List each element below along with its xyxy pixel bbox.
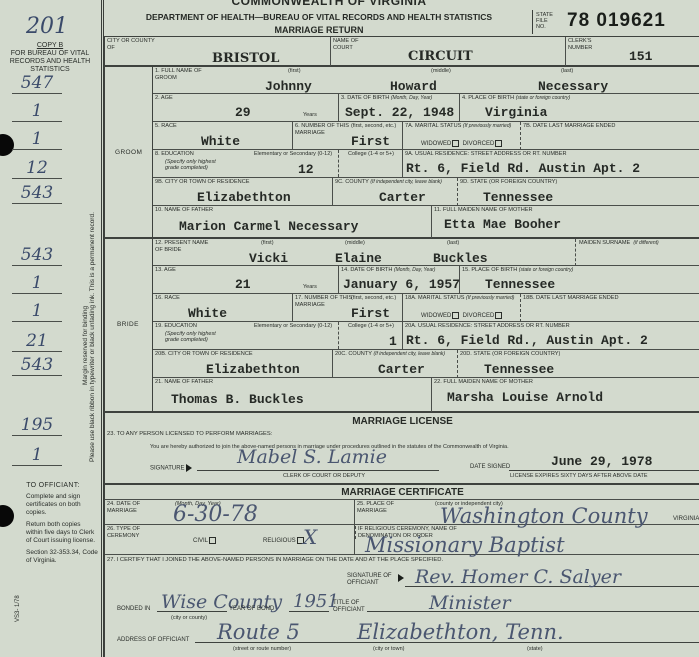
bride-residence-value[interactable]: Rt. 6, Field Rd., Austin Apt. 2: [406, 333, 648, 348]
groom-marital-status-cell: 7a. MARITAL STATUS (If previously marrie…: [403, 122, 521, 150]
bride-residence-cell: 20a. USUAL RESIDENCE: STREET ADDRESS OR …: [403, 322, 699, 350]
bride-code-4: 21: [12, 330, 62, 352]
groom-name-cell: 1. FULL NAME OF GROOM (first) (middle) (…: [153, 67, 699, 94]
officiant-title-value[interactable]: Minister: [429, 592, 511, 614]
groom-mother-value[interactable]: Etta Mae Booher: [444, 217, 561, 232]
bride-code-2: 1: [12, 272, 62, 294]
first-hint: (first): [288, 68, 301, 74]
commonwealth-title: COMMONWEALTH OF VIRGINIA: [104, 0, 554, 8]
maiden-hint: (if different): [633, 240, 658, 246]
officiant-address-street[interactable]: Route 5: [217, 620, 300, 644]
dob-hint: (Month, Day, Year): [391, 95, 433, 101]
bride-race-label: 16. RACE: [155, 295, 180, 302]
bride-code-3: 1: [12, 300, 62, 322]
officiant-signature: Rev. Homer C. Salyer: [415, 566, 621, 588]
place-state: VIRGINIA: [673, 516, 699, 522]
license-item-label: 23. TO ANY PERSON LICENSED TO PERFORM MA…: [107, 431, 272, 437]
elementary-label: Elementary or Secondary (0-12): [253, 151, 333, 157]
groom-dob-value[interactable]: Sept. 22, 1948: [345, 105, 454, 120]
groom-father-value[interactable]: Marion Carmel Necessary: [179, 219, 358, 234]
bride-mother-cell: 22. FULL MAIDEN NAME OF MOTHER Marsha Lo…: [432, 378, 699, 412]
groom-widowed-checkbox[interactable]: [452, 140, 459, 147]
groom-middle-name[interactable]: Howard: [390, 79, 437, 94]
license-section: MARRIAGE LICENSE 23. TO ANY PERSON LICEN…: [104, 412, 699, 484]
officiant-address-label: ADDRESS OF OFFICIANT: [117, 637, 189, 643]
groom-race-label: 5. RACE: [155, 123, 177, 130]
groom-county-label: 9c. COUNTY: [335, 179, 369, 185]
bride-code-1: 543: [12, 244, 62, 266]
last-hint: (last): [561, 68, 573, 74]
pob-hint: (state or foreign country): [516, 95, 570, 101]
officiant-signature-label: SIGNATURE OF OFFICIANT: [347, 573, 395, 586]
groom-education-label: 8. EDUCATION: [155, 151, 194, 158]
certificate-section: MARRIAGE CERTIFICATE 24. DATE OF MARRIAG…: [104, 484, 699, 657]
bride-dob-value[interactable]: January 6, 1957: [343, 277, 460, 292]
marriage-num-hint: (first, second, etc.): [351, 295, 396, 301]
bride-label: BRIDE: [117, 321, 139, 328]
divorced-label: DIVORCED: [463, 313, 495, 319]
groom-race-value[interactable]: White: [201, 134, 240, 149]
license-title: MARRIAGE LICENSE: [105, 416, 699, 427]
denomination-value[interactable]: Missionary Baptist: [365, 533, 565, 557]
clerk-signature: Mabel S. Lamie: [237, 446, 387, 468]
groom-marriage-num-value[interactable]: First: [351, 134, 390, 149]
bride-widowed-checkbox[interactable]: [452, 312, 459, 319]
signer-caption: CLERK OF COURT OR DEPUTY: [283, 473, 365, 479]
education-hint: (Specify only highest grade completed): [165, 331, 225, 343]
groom-city-cell: 9b. CITY OR TOWN OF RESIDENCE Elizabetht…: [153, 178, 333, 206]
date-signed-value[interactable]: June 29, 1978: [551, 454, 652, 469]
groom-pob-label: 4. PLACE OF BIRTH: [462, 95, 514, 101]
groom-age-label: 2. AGE: [155, 95, 173, 102]
groom-state-value[interactable]: Tennessee: [483, 190, 553, 205]
clerk-number-label: CLERK'S NUMBER: [568, 38, 608, 51]
margin-divider: [101, 0, 102, 657]
groom-last-name[interactable]: Necessary: [538, 79, 608, 94]
groom-code-1: 547: [12, 72, 62, 94]
groom-code-4: 12: [12, 157, 62, 179]
court-name-label: NAME OF COURT: [333, 38, 373, 51]
groom-first-name[interactable]: Johnny: [265, 79, 312, 94]
bride-race-cell: 16. RACE White: [153, 294, 293, 322]
bride-name-cell: 12. PRESENT NAME OF BRIDE (first) (middl…: [153, 239, 699, 266]
dob-hint: (Month, Day, Year): [394, 267, 436, 273]
groom-dob-cell: 3. DATE OF BIRTH (Month, Day, Year) Sept…: [339, 94, 460, 122]
bride-age-value[interactable]: 21: [235, 277, 251, 292]
city-county-label: CITY OR COUNTY OF: [107, 38, 157, 51]
groom-pob-value[interactable]: Virginia: [485, 105, 547, 120]
officiant-note-2: Return both copies within five days to C…: [8, 521, 98, 545]
bride-marriage-number-cell: 17. NUMBER OF THIS MARRIAGE (first, seco…: [293, 294, 403, 322]
groom-city-label: 9b. CITY OR TOWN OF RESIDENCE: [155, 179, 250, 186]
first-hint: (first): [261, 240, 274, 246]
years-label: Years: [303, 284, 317, 290]
college-label: College (1-4 or 5+): [343, 323, 399, 329]
bonded-in-label: BONDED IN: [117, 606, 150, 612]
groom-residence-cell: 9a. USUAL RESIDENCE: STREET ADDRESS OR R…: [403, 150, 699, 178]
bride-county-cell: 20c. COUNTY (If independent city, leave …: [333, 350, 458, 378]
years-label: Years: [303, 112, 317, 118]
form-code: VS3- 1/78: [14, 595, 22, 622]
marriage-num-hint: (first, second, etc.): [351, 123, 396, 129]
bride-dob-label: 14. DATE OF BIRTH: [341, 267, 392, 273]
groom-divorced-checkbox[interactable]: [495, 140, 502, 147]
groom-marriage-number-cell: 6. NUMBER OF THIS MARRIAGE (first, secon…: [293, 122, 403, 150]
state-file-box: STATE FILE NO. 78 019621: [532, 10, 699, 34]
form-title: MARRIAGE RETURN: [104, 25, 534, 35]
court-name-cell: NAME OF COURT CIRCUIT: [331, 37, 566, 66]
bride-race-value[interactable]: White: [188, 306, 227, 321]
groom-name-label: 1. FULL NAME OF GROOM: [155, 68, 215, 81]
certify-statement: 27. I CERTIFY THAT I JOINED THE ABOVE-NA…: [107, 557, 443, 563]
bride-city-value[interactable]: Elizabethton: [206, 362, 300, 377]
form-body: COMMONWEALTH OF VIRGINIA DEPARTMENT OF H…: [104, 0, 699, 657]
license-code-1: 195: [12, 414, 62, 436]
county-hint: (If independent city, leave blank): [370, 179, 442, 185]
groom-race-cell: 5. RACE White: [153, 122, 293, 150]
groom-section: GROOM 1. FULL NAME OF GROOM (first) (mid…: [104, 66, 699, 238]
county-hint: (If independent city, leave blank): [373, 351, 445, 357]
state-hint: (state): [527, 646, 543, 652]
bride-father-value[interactable]: Thomas B. Buckles: [171, 392, 304, 407]
groom-code-3: 1: [12, 128, 62, 150]
city-county-value[interactable]: BRISTOL: [212, 51, 279, 66]
denomination-cell: IF RELIGIOUS CEREMONY, NAME OF DENOMINAT…: [355, 525, 699, 555]
groom-mother-label: 11. FULL MAIDEN NAME OF MOTHER: [434, 207, 533, 214]
groom-residence-value[interactable]: Rt. 6, Field Rd. Austin Apt. 2: [406, 161, 640, 176]
arrow-icon: [398, 574, 404, 582]
elementary-label: Elementary or Secondary (0-12): [253, 323, 333, 329]
officiant-note-1: Complete and sign certificates on both c…: [8, 493, 98, 517]
copy-label: COPY B FOR BUREAU OF VITAL RECORDS AND H…: [0, 42, 100, 74]
bride-last-name[interactable]: Buckles: [433, 251, 488, 266]
bride-last-marriage-label: 18b. DATE LAST MARRIAGE ENDED: [523, 295, 619, 302]
bride-city-label: 20b. CITY OR TOWN OF RESIDENCE: [155, 351, 253, 358]
widowed-label: WIDOWED: [421, 313, 451, 319]
groom-elementary-value[interactable]: 12: [298, 162, 314, 177]
bride-marriage-num-value[interactable]: First: [351, 306, 390, 321]
bride-last-marriage-cell: 18b. DATE LAST MARRIAGE ENDED: [521, 294, 699, 322]
state-file-number: 78 019621: [567, 10, 666, 32]
bride-state-value[interactable]: Tennessee: [484, 362, 554, 377]
groom-education-cell: 8. EDUCATION (Specify only highest grade…: [153, 150, 403, 178]
dash-divider: [338, 150, 339, 177]
certificate-title: MARRIAGE CERTIFICATE: [105, 487, 699, 498]
religious-label: RELIGIOUS: [263, 538, 296, 544]
officiant-heading: TO OFFICIANT:: [8, 482, 98, 490]
bride-section: BRIDE 12. PRESENT NAME OF BRIDE (first) …: [104, 238, 699, 412]
bride-age-cell: 13. AGE 21 Years: [153, 266, 339, 294]
ink-note: Please use black ribbon in typewriter or…: [89, 212, 97, 462]
groom-father-label: 10. NAME OF FATHER: [155, 207, 213, 214]
widowed-label: WIDOWED: [421, 141, 451, 147]
middle-hint: (middle): [345, 240, 365, 246]
pob-hint: (state or foreign country): [519, 267, 573, 273]
groom-pob-cell: 4. PLACE OF BIRTH (state or foreign coun…: [460, 94, 699, 122]
marriage-date-value[interactable]: 6-30-78: [173, 502, 258, 527]
religious-check-mark: X: [303, 525, 317, 549]
civil-checkbox[interactable]: [209, 537, 216, 544]
city-hint: (city or town): [373, 646, 404, 652]
groom-last-marriage-label: 7b. DATE LAST MARRIAGE ENDED: [523, 123, 615, 130]
state-file-label: STATE FILE NO.: [536, 12, 558, 30]
bride-marriage-num-label: 17. NUMBER OF THIS MARRIAGE: [295, 295, 355, 308]
ceremony-type-cell: 26. TYPE OF CEREMONY CIVIL RELIGIOUS X: [105, 525, 355, 555]
education-hint: (Specify only highest grade completed): [165, 159, 225, 171]
copy-number: 201: [26, 14, 68, 39]
copy-for-label: FOR BUREAU OF VITAL RECORDS AND HEALTH S…: [0, 50, 100, 74]
bride-first-name[interactable]: Vicki: [249, 251, 288, 266]
bond-year-label: YEAR OF BOND: [229, 606, 274, 612]
bride-father-label: 21. NAME OF FATHER: [155, 379, 213, 386]
bride-code-5: 543: [12, 354, 62, 376]
bride-city-cell: 20b. CITY OR TOWN OF RESIDENCE Elizabeth…: [153, 350, 333, 378]
bride-marital-label: 18a. MARITAL STATUS: [405, 295, 464, 301]
date-signed-label: DATE SIGNED: [470, 464, 510, 470]
license-code-2: 1: [12, 444, 62, 466]
groom-county-cell: 9c. COUNTY (If independent city, leave b…: [333, 178, 458, 206]
officiant-note-3: Section 32-353.34, Code of Virginia.: [8, 549, 98, 565]
bride-divorced-checkbox[interactable]: [495, 312, 502, 319]
bride-father-cell: 21. NAME OF FATHER Thomas B. Buckles: [153, 378, 432, 412]
groom-state-label: 9d. STATE (OR FOREIGN COUNTRY): [460, 179, 557, 186]
marriage-date-label: 24. DATE OF MARRIAGE: [107, 501, 147, 514]
arrow-icon: [186, 464, 192, 472]
dash-divider: [338, 322, 339, 349]
marital-hint: (If previously married): [463, 123, 511, 129]
department-title: DEPARTMENT OF HEALTH—BUREAU OF VITAL REC…: [104, 12, 534, 22]
groom-marriage-num-label: 6. NUMBER OF THIS MARRIAGE: [295, 123, 355, 136]
dash-divider: [575, 239, 576, 266]
bride-education-cell: 19. EDUCATION (Specify only highest grad…: [153, 322, 403, 350]
signature-label: SIGNATURE: [150, 466, 185, 472]
bride-state-cell: 20d. STATE (OR FOREIGN COUNTRY) Tennesse…: [458, 350, 699, 378]
bride-mother-label: 22. FULL MAIDEN NAME OF MOTHER: [434, 379, 533, 386]
bride-name-label: 12. PRESENT NAME OF BRIDE: [155, 240, 215, 253]
divorced-label: DIVORCED: [463, 141, 495, 147]
groom-label: GROOM: [115, 149, 142, 156]
groom-dob-label: 3. DATE OF BIRTH: [341, 95, 389, 101]
bride-college-value[interactable]: 1: [389, 334, 397, 349]
groom-age-value[interactable]: 29: [235, 105, 251, 120]
marriage-date-cell: 24. DATE OF MARRIAGE (Month, Day, Year) …: [105, 499, 355, 525]
street-hint: (street or route number): [233, 646, 291, 652]
groom-residence-label: 9a. USUAL RESIDENCE: STREET ADDRESS OR R…: [405, 151, 567, 158]
bride-dob-cell: 14. DATE OF BIRTH (Month, Day, Year) Jan…: [339, 266, 460, 294]
bride-middle-name[interactable]: Elaine: [335, 251, 382, 266]
last-hint: (last): [447, 240, 459, 246]
groom-father-cell: 10. NAME OF FATHER Marion Carmel Necessa…: [153, 206, 432, 238]
groom-mother-cell: 11. FULL MAIDEN NAME OF MOTHER Etta Mae …: [432, 206, 699, 238]
groom-code-2: 1: [12, 100, 62, 122]
officiant-instructions: TO OFFICIANT: Complete and sign certific…: [8, 482, 98, 569]
city-county-cell: CITY OR COUNTY OF BRISTOL: [105, 37, 331, 66]
bride-marital-status-cell: 18a. MARITAL STATUS (If previously marri…: [403, 294, 521, 322]
bride-mother-value[interactable]: Marsha Louise Arnold: [447, 390, 603, 405]
left-margin: 201 COPY B FOR BUREAU OF VITAL RECORDS A…: [0, 0, 101, 657]
maiden-surname-label: MAIDEN SURNAME: [579, 240, 630, 246]
bond-year-value[interactable]: 1951: [293, 591, 339, 612]
marriage-place-label: 25. PLACE OF MARRIAGE: [357, 501, 397, 514]
civil-label: CIVIL: [193, 538, 208, 544]
officiant-address-city[interactable]: Elizabethton, Tenn.: [357, 620, 564, 644]
clerk-number-cell: CLERK'S NUMBER 151: [566, 37, 699, 66]
court-name-value[interactable]: CIRCUIT: [408, 49, 473, 64]
clerk-number-value[interactable]: 151: [629, 49, 652, 64]
copy-b-label: COPY B: [0, 42, 100, 50]
bride-state-label: 20d. STATE (OR FOREIGN COUNTRY): [460, 351, 560, 358]
officiant-title-line: [367, 598, 699, 612]
bride-age-label: 13. AGE: [155, 267, 176, 274]
marital-hint: (If previously married): [466, 295, 514, 301]
middle-hint: (middle): [431, 68, 451, 74]
ceremony-type-label: 26. TYPE OF CEREMONY: [107, 526, 147, 539]
marriage-return-form: 201 COPY B FOR BUREAU OF VITAL RECORDS A…: [0, 0, 699, 657]
bride-pob-label: 15. PLACE OF BIRTH: [462, 267, 517, 273]
court-row: CITY OR COUNTY OF BRISTOL NAME OF COURT …: [104, 36, 699, 66]
college-label: College (1-4 or 5+): [343, 151, 399, 157]
groom-county-value[interactable]: Carter: [379, 190, 426, 205]
bonded-hint: (city or county): [171, 615, 207, 621]
bride-education-label: 19. EDUCATION: [155, 323, 197, 330]
groom-city-value[interactable]: Elizabethton: [197, 190, 291, 205]
bride-residence-label: 20a. USUAL RESIDENCE: STREET ADDRESS OR …: [405, 323, 570, 330]
groom-marital-label: 7a. MARITAL STATUS: [405, 123, 461, 129]
groom-state-cell: 9d. STATE (OR FOREIGN COUNTRY) Tennessee: [458, 178, 699, 206]
license-expiry-note: LICENSE EXPIRES SIXTY DAYS AFTER ABOVE D…: [510, 473, 648, 479]
bride-county-value[interactable]: Carter: [378, 362, 425, 377]
groom-code-5: 543: [12, 182, 62, 204]
bride-pob-value[interactable]: Tennessee: [485, 277, 555, 292]
groom-age-cell: 2. AGE 29 Years: [153, 94, 339, 122]
bride-county-label: 20c. COUNTY: [335, 351, 372, 357]
marriage-place-cell: 25. PLACE OF MARRIAGE (county or indepen…: [355, 499, 699, 525]
groom-last-marriage-cell: 7b. DATE LAST MARRIAGE ENDED: [521, 122, 699, 150]
bride-pob-cell: 15. PLACE OF BIRTH (state or foreign cou…: [460, 266, 699, 294]
